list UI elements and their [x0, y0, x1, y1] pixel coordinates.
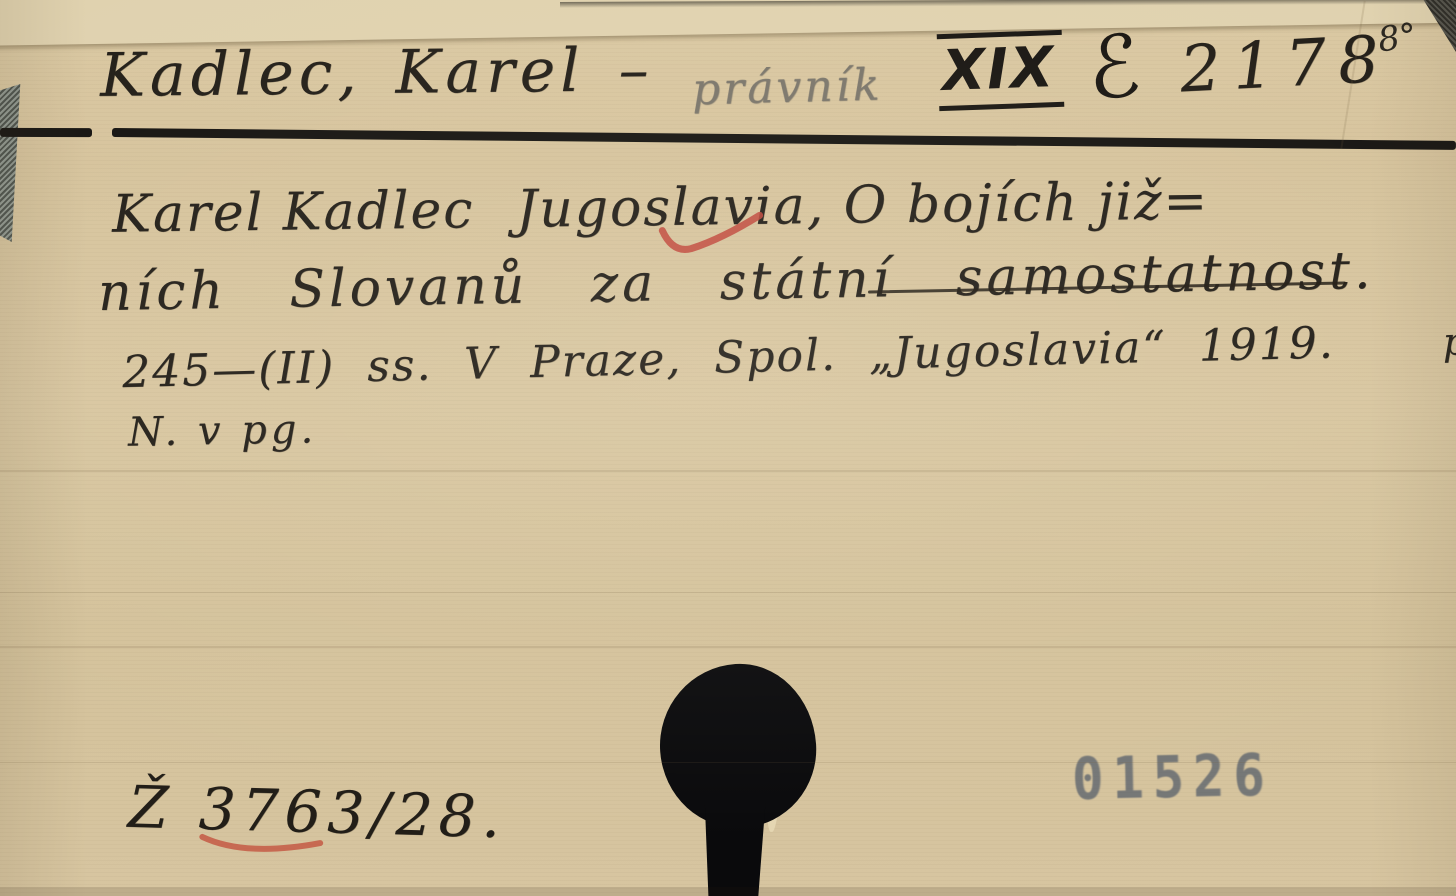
- stamp-number: 01526: [1071, 742, 1274, 813]
- punch-hole-slot: [702, 796, 766, 896]
- binding-note: ppl.: [1442, 318, 1456, 364]
- heading-author-name: Kadlec, Karel –: [100, 35, 654, 111]
- shelfmark-roman-numeral: XIX: [937, 30, 1065, 111]
- crease-line: [0, 592, 1456, 593]
- crease-line: [0, 646, 1456, 648]
- rule-segment: [112, 128, 1456, 150]
- shelfmark-number: 2178: [1178, 23, 1392, 108]
- format-mark-octavo: 8°: [1375, 16, 1419, 61]
- scan-background-sliver-left: [0, 84, 26, 242]
- catalog-card: Kadlec, Karel – právník XIX ℰ 2178 8° Ka…: [0, 0, 1456, 896]
- crease-line: [0, 470, 1456, 472]
- entry-title-start: Jugoslavia, O bojích již=: [516, 171, 1209, 239]
- shelfmark-letter: ℰ: [1085, 16, 1144, 119]
- scan-bottom-shadow: [0, 887, 1456, 896]
- title-line-2: ních Slovanů za státní samostatnost.: [98, 241, 1375, 323]
- ruled-divider-line: [0, 128, 1456, 138]
- red-underline-mark: [195, 829, 326, 862]
- entry-author: Karel Kadlec: [112, 180, 475, 244]
- note-line: N. v pg.: [128, 406, 318, 455]
- rule-segment: [0, 128, 92, 137]
- imprint-line: 245—(II) ss. V Praze, Spol. „Jugoslavia“…: [122, 313, 1456, 398]
- collation: 245—(II) ss.: [122, 340, 433, 399]
- heading-pencil-annotation: právník: [691, 60, 883, 116]
- imprint: V Praze, Spol. „Jugoslavia“ 1919.: [464, 317, 1336, 389]
